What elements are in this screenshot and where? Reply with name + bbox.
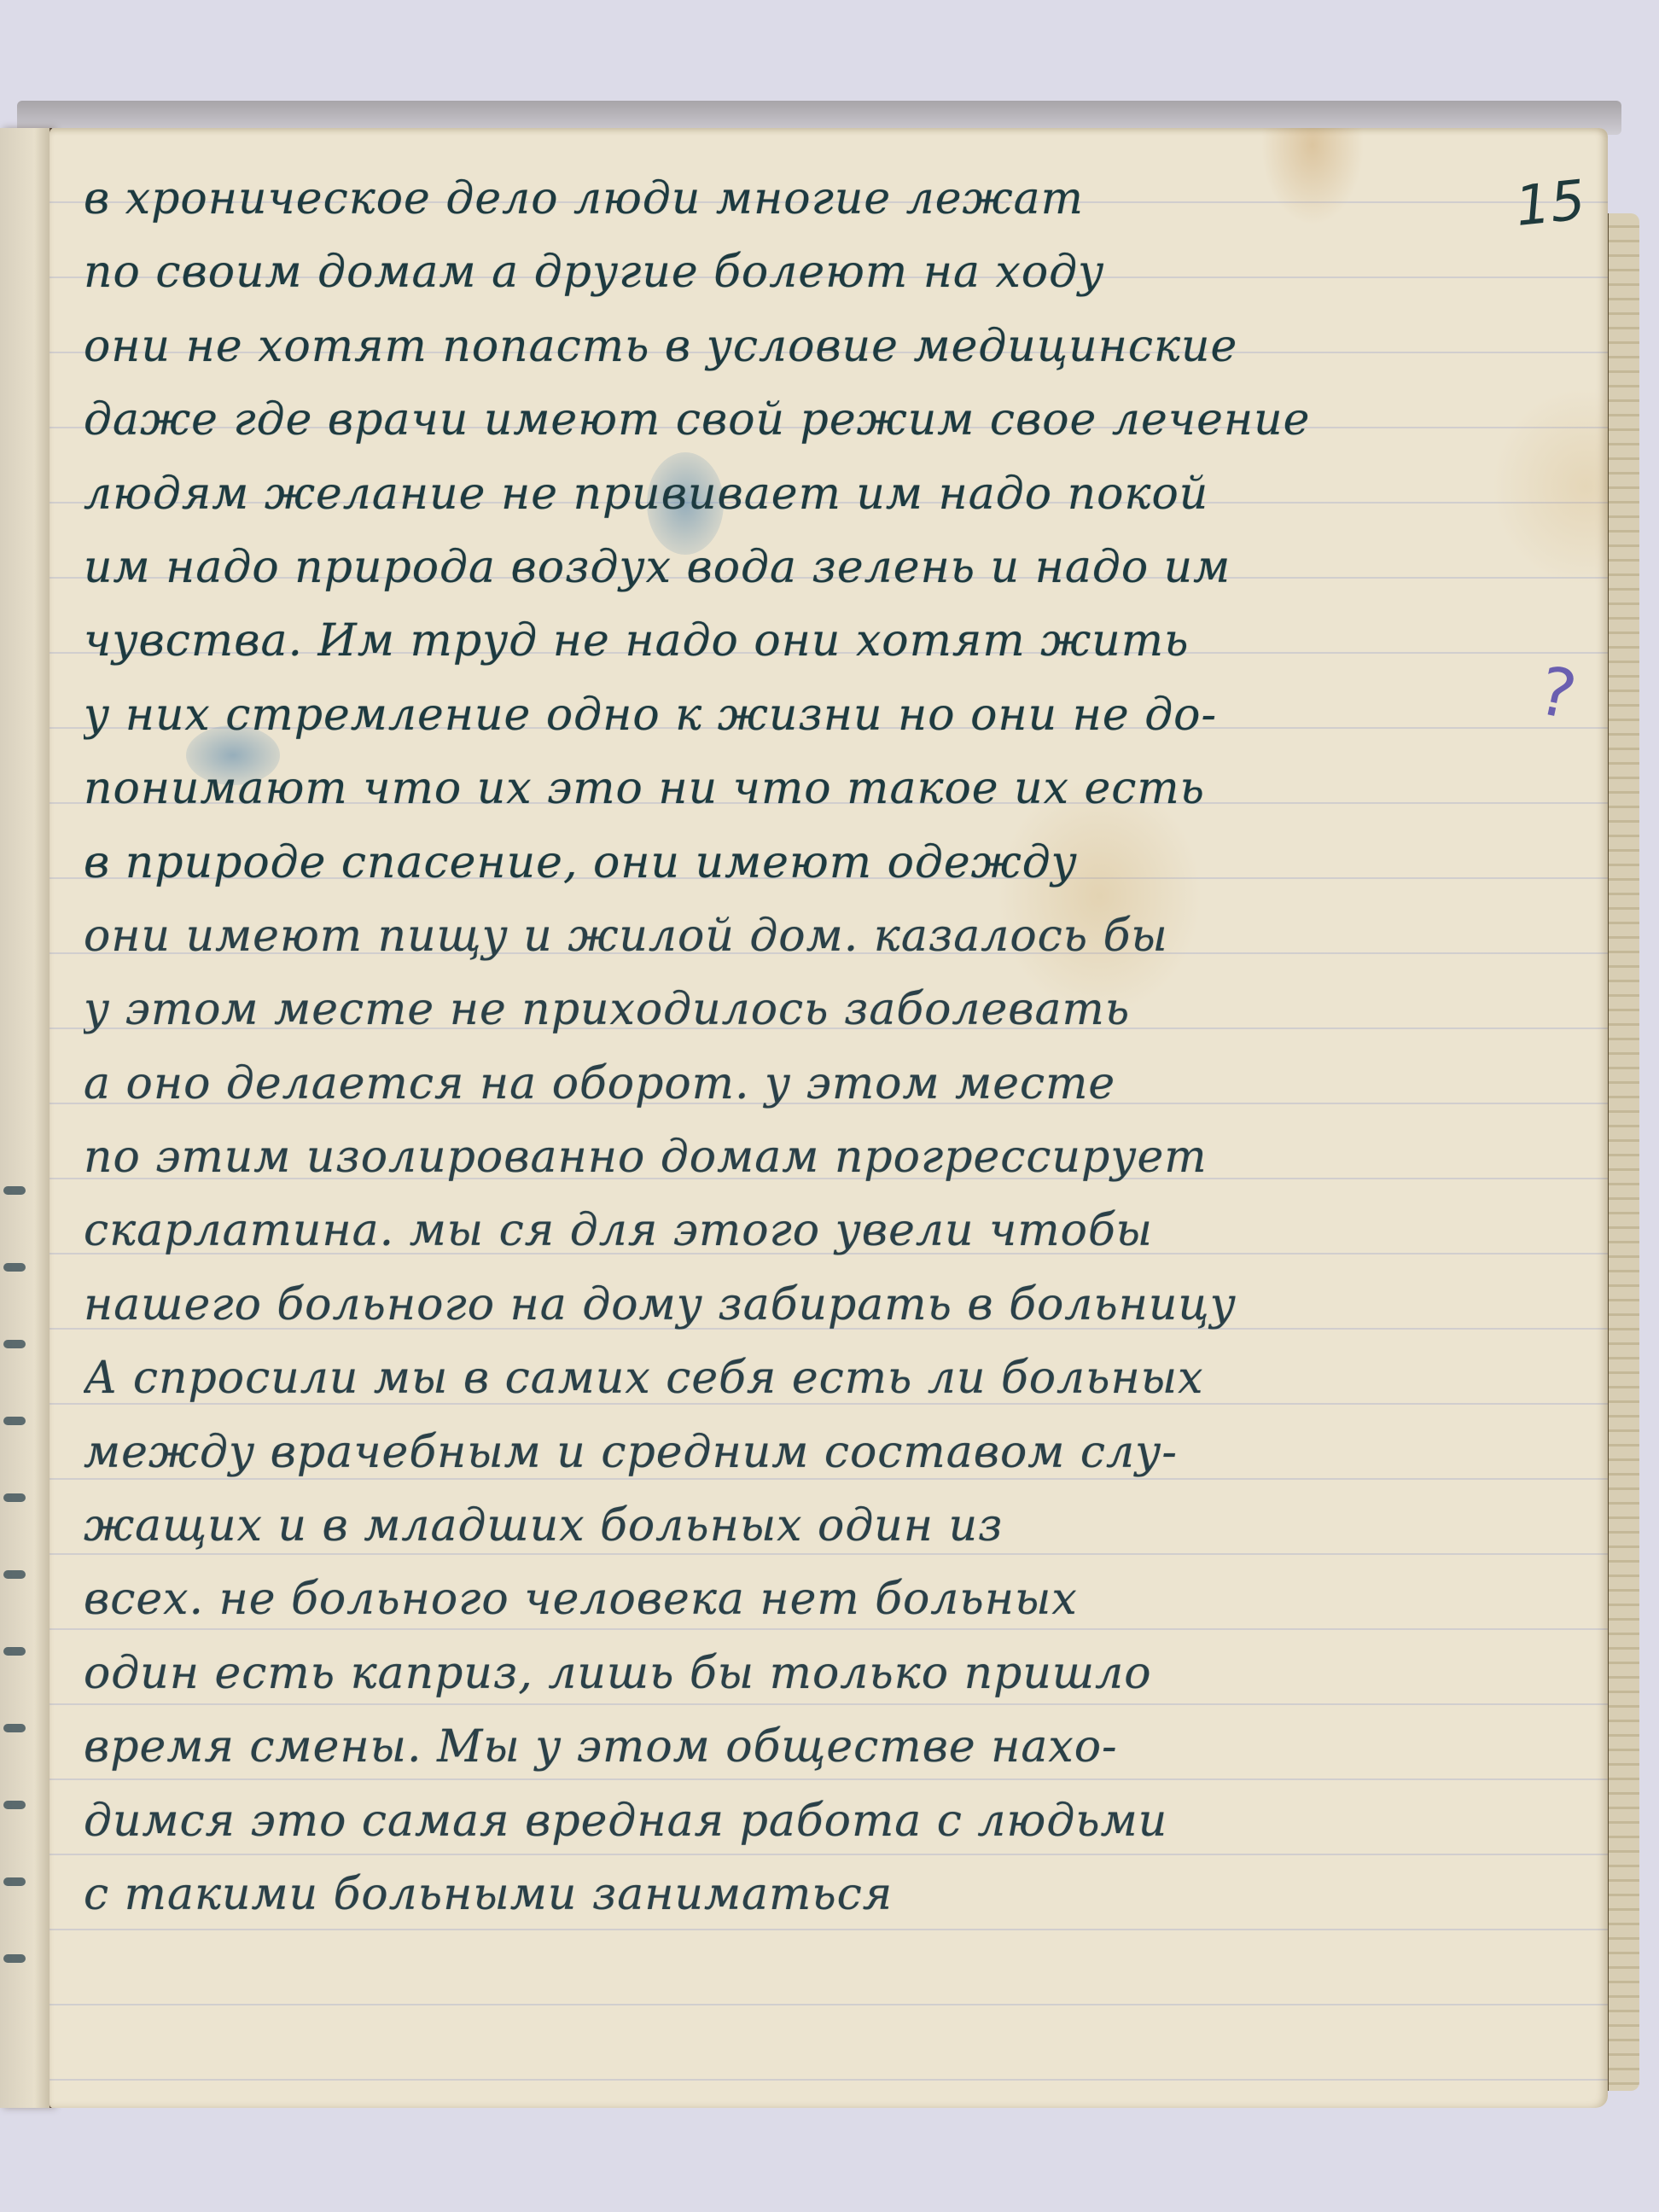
text-line: А спросили мы в самих себя есть ли больн…: [84, 1342, 1551, 1415]
text-line: им надо природа воздух вода зелень и над…: [84, 531, 1551, 604]
text-line: скарлатина. мы ся для этого увели чтобы: [84, 1194, 1551, 1267]
text-line: они не хотят попасть в условие медицинск…: [84, 310, 1551, 383]
previous-page-edge: [0, 128, 52, 2108]
text-line: понимают что их это ни что такое их есть: [84, 752, 1551, 825]
text-line: в природе спасение, они имеют одежду: [84, 826, 1551, 899]
text-line: димся это самая вредная работа с людьми: [84, 1784, 1551, 1858]
ink-mark: [3, 1263, 26, 1272]
text-line: у них стремление одно к жизни но они не …: [84, 678, 1551, 752]
text-line: время смены. Мы у этом обществе нахо-: [84, 1710, 1551, 1784]
text-line: чувства. Им труд не надо они хотят жить: [84, 604, 1551, 678]
text-line: жащих и в младших больных один из: [84, 1489, 1551, 1563]
ink-mark: [3, 1724, 26, 1732]
text-line: людям желание не прививает им надо покой: [84, 457, 1551, 531]
text-line: по этим изолированно домам прогрессирует: [84, 1121, 1551, 1194]
text-line: даже где врачи имеют свой режим свое леч…: [84, 383, 1551, 457]
text-line: всех. не больного человека нет больных: [84, 1563, 1551, 1636]
handwritten-text: в хроническое дело люди многие лежат по …: [84, 162, 1551, 1931]
text-line: у этом месте не приходилось заболевать: [84, 973, 1551, 1046]
ink-mark: [3, 1417, 26, 1425]
text-line: по своим домам а другие болеют на ходу: [84, 236, 1551, 309]
ink-mark: [3, 1186, 26, 1195]
ink-mark: [3, 1954, 26, 1963]
ink-mark: [3, 1801, 26, 1809]
text-line: между врачебным и средним составом слу-: [84, 1416, 1551, 1489]
text-line: в хроническое дело люди многие лежат: [84, 162, 1551, 236]
ink-mark: [3, 1493, 26, 1502]
text-line: с такими больными заниматься: [84, 1858, 1551, 1931]
text-line: нашего больного на дому забирать в больн…: [84, 1268, 1551, 1342]
text-line: один есть каприз, лишь бы только пришло: [84, 1637, 1551, 1710]
notebook-page: 15 ? в хроническое дело люди многие лежа…: [49, 128, 1608, 2108]
ink-mark: [3, 1877, 26, 1886]
text-line: они имеют пищу и жилой дом. казалось бы: [84, 899, 1551, 973]
ink-mark: [3, 1647, 26, 1656]
ink-mark: [3, 1570, 26, 1579]
text-line: а оно делается на оборот. у этом месте: [84, 1047, 1551, 1121]
notebook-page-edges: [1604, 213, 1639, 2091]
ink-mark: [3, 1340, 26, 1348]
